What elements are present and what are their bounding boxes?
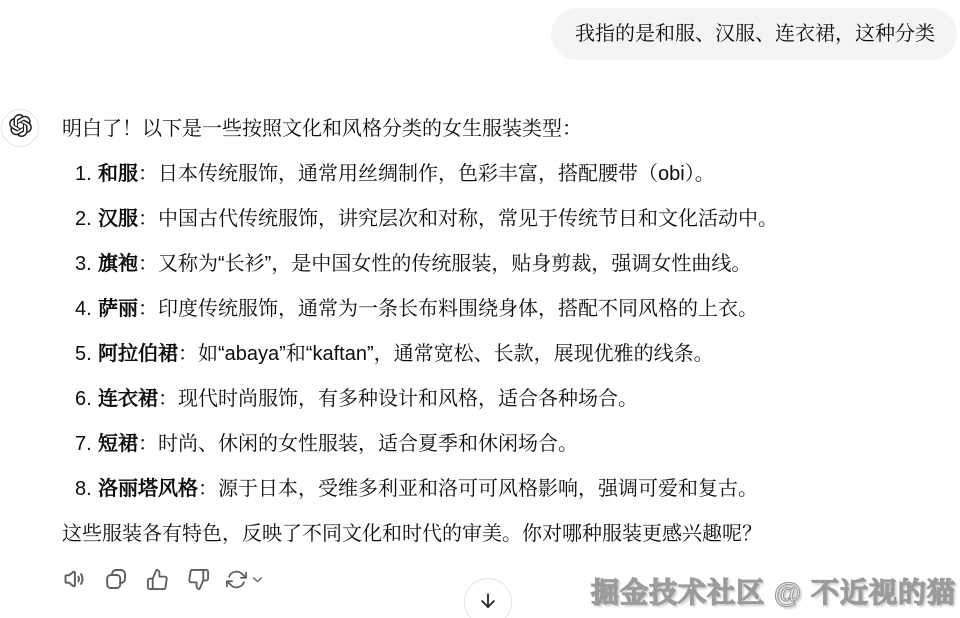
read-aloud-button[interactable] [62, 567, 88, 591]
list-item: 6. 连衣裙：现代时尚服饰，有多种设计和风格，适合各种场合。 [75, 385, 942, 413]
list-number: 6. [75, 385, 98, 413]
list-text: 和服：日本传统服饰，通常用丝绸制作，色彩丰富，搭配腰带（obi）。 [98, 160, 715, 188]
list-text: 旗袍：又称为“长衫”，是中国女性的传统服装，贴身剪裁，强调女性曲线。 [98, 250, 751, 278]
list-text: 汉服：中国古代传统服饰，讲究层次和对称，常见于传统节日和文化活动中。 [98, 205, 778, 233]
thumbs-down-icon [187, 568, 210, 591]
openai-logo-icon [9, 114, 32, 142]
list-item: 8. 洛丽塔风格：源于日本，受维多利亚和洛可可风格影响，强调可爱和复古。 [75, 475, 942, 503]
list-number: 8. [75, 475, 98, 503]
assistant-message: 明白了！以下是一些按照文化和风格分类的女生服装类型： 1. 和服：日本传统服饰，… [0, 109, 960, 591]
list-number: 3. [75, 250, 98, 278]
arrow-down-icon [477, 590, 499, 615]
assistant-avatar [1, 109, 39, 147]
chevron-down-icon [251, 573, 264, 586]
list-text: 阿拉伯裙：如“abaya”和“kaftan”，通常宽松、长款，展现优雅的线条。 [98, 340, 714, 368]
list-number: 7. [75, 430, 98, 458]
list-number: 2. [75, 205, 98, 233]
chat-page: 我指的是和服、汉服、连衣裙，这种分类 明白了！以下是一些按照文化和风格分类的女生… [0, 0, 960, 618]
regenerate-button[interactable] [226, 567, 264, 591]
speaker-icon [62, 567, 88, 591]
list-item: 1. 和服：日本传统服饰，通常用丝绸制作，色彩丰富，搭配腰带（obi）。 [75, 160, 942, 188]
list-text: 洛丽塔风格：源于日本，受维多利亚和洛可可风格影响，强调可爱和复古。 [98, 475, 758, 503]
watermark: 掘金技术社区 @ 不近视的猫 [591, 571, 956, 611]
user-message-row: 我指的是和服、汉服、连衣裙，这种分类 [0, 0, 960, 60]
list-item: 5. 阿拉伯裙：如“abaya”和“kaftan”，通常宽松、长款，展现优雅的线… [75, 340, 942, 368]
list-number: 1. [75, 160, 98, 188]
list-item: 2. 汉服：中国古代传统服饰，讲究层次和对称，常见于传统节日和文化活动中。 [75, 205, 942, 233]
copy-icon [104, 567, 128, 591]
list-text: 短裙：时尚、休闲的女性服装，适合夏季和休闲场合。 [98, 430, 578, 458]
scroll-to-bottom-button[interactable] [464, 578, 512, 618]
thumbs-up-icon [146, 568, 169, 591]
list-number: 5. [75, 340, 98, 368]
copy-button[interactable] [103, 567, 129, 591]
user-message-bubble: 我指的是和服、汉服、连衣裙，这种分类 [551, 8, 957, 60]
list-item: 3. 旗袍：又称为“长衫”，是中国女性的传统服装，贴身剪裁，强调女性曲线。 [75, 250, 942, 278]
assistant-outro: 这些服装各有特色，反映了不同文化和时代的审美。你对哪种服装更感兴趣呢？ [62, 520, 942, 548]
good-response-button[interactable] [144, 567, 170, 591]
clothing-list: 1. 和服：日本传统服饰，通常用丝绸制作，色彩丰富，搭配腰带（obi）。 2. … [62, 160, 942, 503]
list-number: 4. [75, 295, 98, 323]
list-text: 连衣裙：现代时尚服饰，有多种设计和风格，适合各种场合。 [98, 385, 638, 413]
assistant-content: 明白了！以下是一些按照文化和风格分类的女生服装类型： 1. 和服：日本传统服饰，… [62, 109, 942, 591]
list-item: 4. 萨丽：印度传统服饰，通常为一条长布料围绕身体，搭配不同风格的上衣。 [75, 295, 942, 323]
list-item: 7. 短裙：时尚、休闲的女性服装，适合夏季和休闲场合。 [75, 430, 942, 458]
user-message-text: 我指的是和服、汉服、连衣裙，这种分类 [575, 23, 935, 45]
assistant-intro: 明白了！以下是一些按照文化和风格分类的女生服装类型： [62, 115, 942, 143]
refresh-icon [226, 569, 247, 590]
bad-response-button[interactable] [185, 567, 211, 591]
list-text: 萨丽：印度传统服饰，通常为一条长布料围绕身体，搭配不同风格的上衣。 [98, 295, 758, 323]
